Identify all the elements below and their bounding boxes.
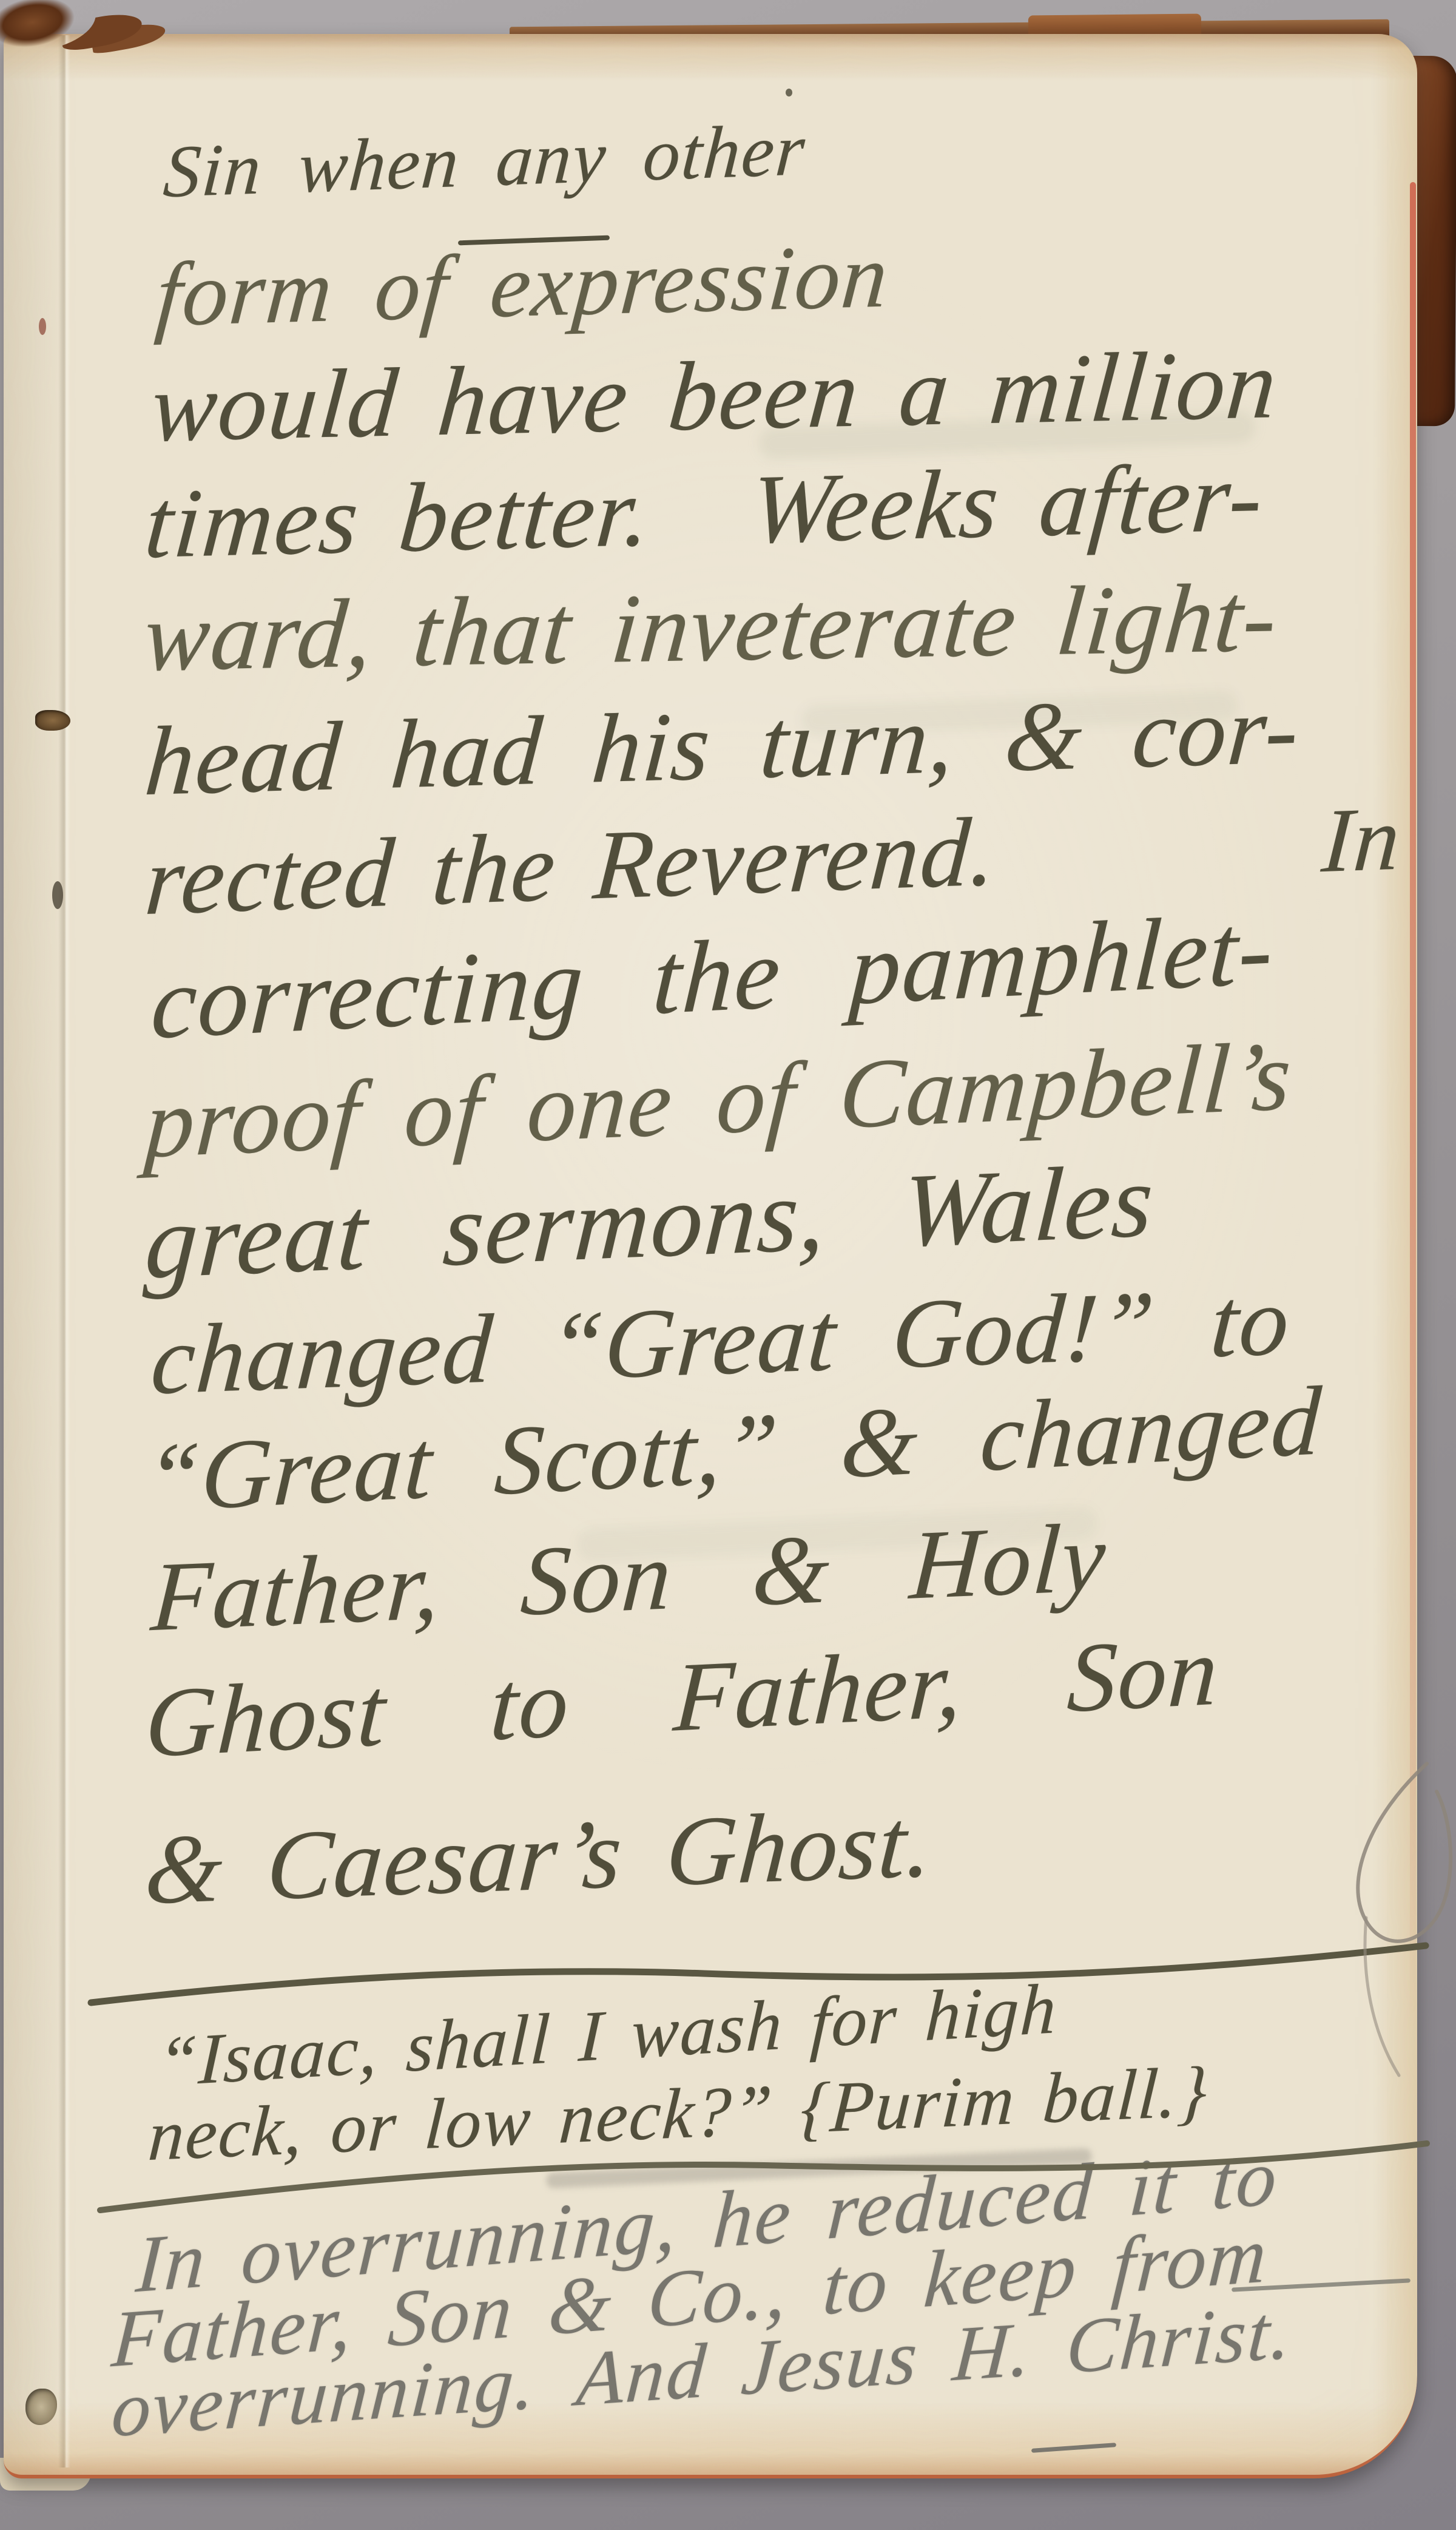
ink-line: In — [1319, 786, 1404, 893]
page-edge-red-tint — [1410, 182, 1416, 2033]
binding-crease — [58, 35, 70, 2467]
ink-speck — [786, 89, 792, 96]
ink-line: form of expression — [152, 223, 892, 347]
margin-red-speck — [39, 318, 46, 335]
binding-stitch — [35, 710, 70, 731]
ink-line: ward, that inveterate light- — [140, 561, 1282, 694]
margin-ink-spot — [52, 881, 63, 909]
notebook-scan: Sin when any other form of expression wo… — [0, 0, 1456, 2530]
